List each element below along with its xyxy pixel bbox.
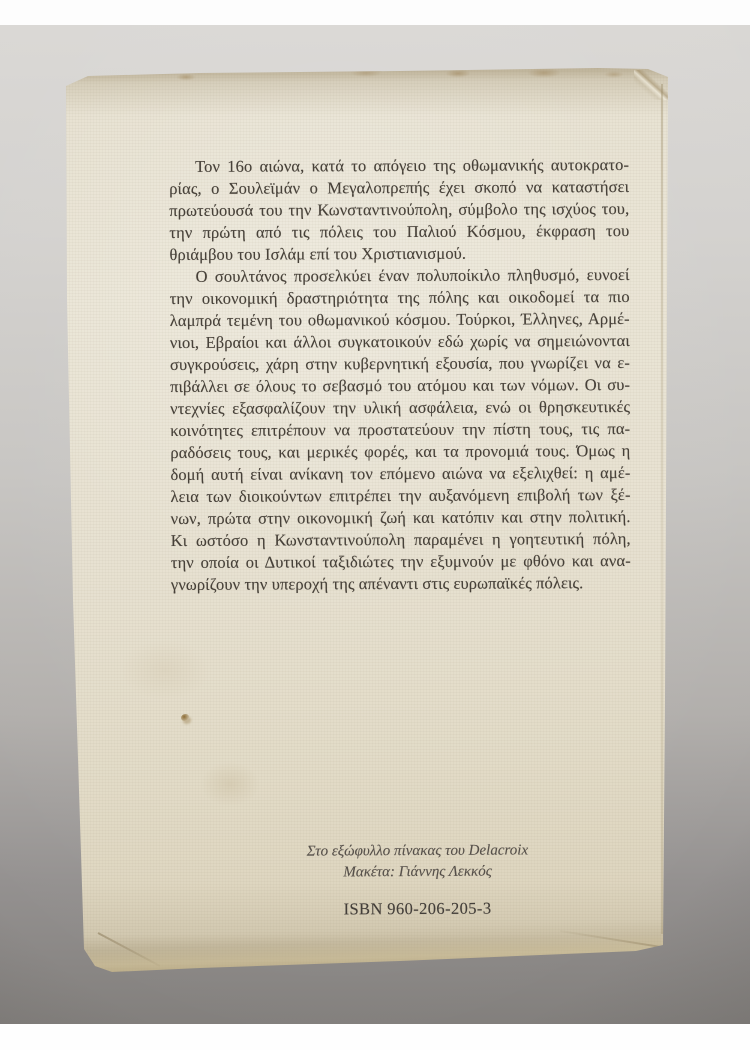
blurb-line: λεια των διοικούντων επιτρέπει την αυξαν… (170, 484, 630, 508)
blurb-line: συγκρούσεις, χάρη στην κυβερνητική εξουσ… (170, 352, 630, 376)
blurb-line: Ο σουλτάνος προσελκύει έναν πολυποίκιλο … (170, 264, 630, 288)
blurb-line: Τον 16ο αιώνα, κατά το απόγειο της οθωμα… (169, 154, 629, 178)
blurb-line: την οικονομική δραστηριότητα της πόλης κ… (170, 286, 630, 310)
faint-stain (120, 640, 210, 700)
top-edge-wear-stains (66, 62, 668, 88)
blurb-line: την οποία οι Δυτικοί ταξιδιώτες την εξυμ… (171, 550, 631, 574)
cover-art-credit: Στο εξώφυλλο πίνακας του Delacroix (170, 840, 665, 864)
blurb-line: ραδόσεις τους, και μερικές φορές, και τα… (170, 440, 630, 464)
blurb-line: κοινότητες επιτρέπουν να προστατεύουν τη… (170, 418, 630, 442)
photo-mat-strip-top (0, 0, 750, 25)
design-credit: Μακέτα: Γιάννης Λεκκός (170, 861, 665, 885)
blurb-line: πρωτεύουσά του την Κωνσταντινούπολη, σύμ… (169, 198, 629, 222)
blurb-line: την πρώτη από τις πόλεις του Παλιού Κόσμ… (169, 220, 629, 244)
book-back-cover: Τον 16ο αιώνα, κατά το απόγειο της οθωμα… (0, 0, 750, 1050)
blurb-line: Κι ωστόσο η Κωνσταντινούπολη παραμένει η… (171, 528, 631, 552)
back-cover-blurb: Τον 16ο αιώνα, κατά το απόγειο της οθωμα… (169, 154, 631, 596)
top-right-corner-fold (634, 70, 670, 100)
blurb-line: δομή αυτή είναι ανίκανη τον επόμενο αιών… (170, 462, 630, 486)
right-cover-crease (661, 84, 663, 934)
blurb-line: λαμπρά τεμένη του οθωμανικού κόσμου. Τού… (170, 308, 630, 332)
blurb-line: πιβάλλει σε όλους το σεβασμό του ατόμου … (170, 374, 630, 398)
blurb-line: νιοι, Εβραίοι και άλλοι συγκατοικούν εδώ… (170, 330, 630, 354)
blurb-line: ντεχνίες εξασφαλίζουν την υλική ασφάλεια… (170, 396, 630, 420)
photo-mat-strip-bottom (0, 1024, 750, 1050)
blurb-line: νων, πρώτα στην οικονομική ζωή και κατόπ… (171, 506, 631, 530)
blurb-line: θριάμβου του Ισλάμ επί του Χριστιανισμού… (169, 242, 629, 266)
book-photo: Τον 16ο αιώνα, κατά το απόγειο της οθωμα… (0, 0, 750, 1050)
isbn-number: ISBN 960-206-205-3 (170, 898, 665, 921)
credits-block: Στο εξώφυλλο πίνακας του Delacroix Μακέτ… (170, 840, 665, 885)
blurb-line: γνωρίζουν την υπεροχή της απέναντι στις … (171, 572, 631, 596)
blurb-line: ρίας, ο Σουλεϊμάν ο Μεγαλοπρεπής έχει σκ… (169, 176, 629, 200)
faint-stain (200, 762, 260, 806)
